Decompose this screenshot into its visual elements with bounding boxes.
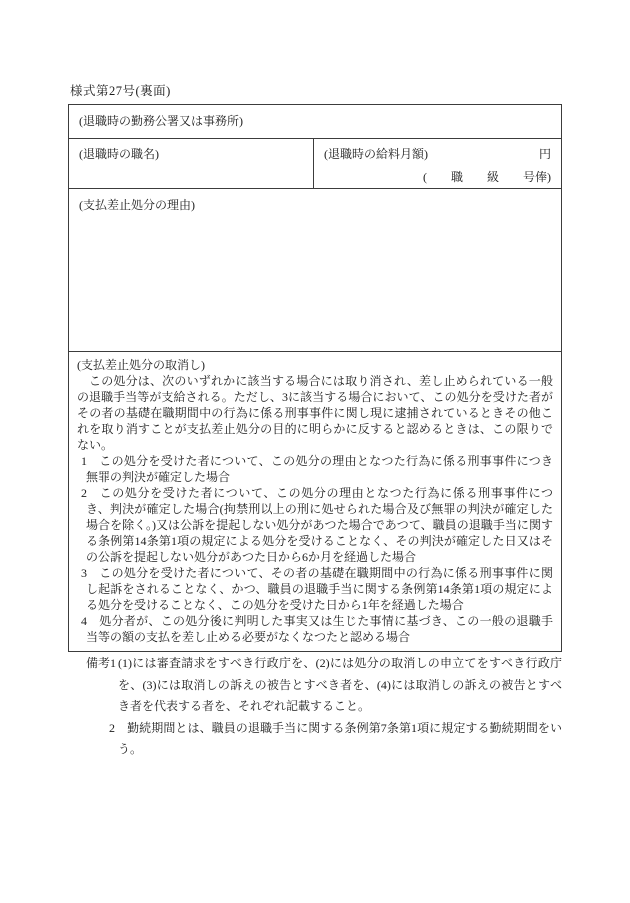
remark-2: 2勤続期間とは、職員の退職手当に関する条例第7条第1項に規定する勤続期間をいう。 xyxy=(86,718,562,761)
item-text: この処分を受けた者について、その者の基礎在職期間中の行為に係る刑事事件に関し起訴… xyxy=(86,566,553,612)
cancellation-item-3: 3この処分を受けた者について、その者の基礎在職期間中の行為に係る刑事事件に関し起… xyxy=(77,565,553,613)
remark-1: 備考1(1)には審査請求をすべき行政庁を、(2)には処分の取消しの申立てをすべき… xyxy=(86,653,562,718)
form-page-back: 様式第27号(裏面) (退職時の勤務公署又は事務所) (退職時の職名) (退職時… xyxy=(0,0,630,903)
suspension-reason-label: (支払差止処分の理由) xyxy=(79,198,195,212)
cell-cancellation: (支払差止処分の取消し) この処分は、次のいずれかに該当する場合には取り消され、… xyxy=(69,352,561,651)
workplace-label: (退職時の勤務公署又は事務所) xyxy=(79,114,243,128)
salary-unit-yen: 円 xyxy=(539,146,551,162)
cell-workplace: (退職時の勤務公署又は事務所) xyxy=(69,105,561,139)
cancellation-item-1: 1この処分を受けた者について、この処分の理由となつた行為に係る刑事事件につき無罪… xyxy=(77,453,553,485)
remarks-section: 備考1(1)には審査請求をすべき行政庁を、(2)には処分の取消しの申立てをすべき… xyxy=(86,653,562,761)
cell-suspension-reason: (支払差止処分の理由) xyxy=(69,189,561,352)
item-text: この処分を受けた者について、この処分の理由となつた行為に係る刑事事件につき、判決… xyxy=(86,486,553,564)
form-table: (退職時の勤務公署又は事務所) (退職時の職名) (退職時の給料月額) 円 ( … xyxy=(68,104,562,652)
cell-job-title: (退職時の職名) xyxy=(69,139,314,188)
item-number: 4 xyxy=(81,614,87,628)
cancellation-item-2: 2この処分を受けた者について、この処分の理由となつた行為に係る刑事事件につき、判… xyxy=(77,485,553,565)
grade-step-line: ( 職 級 号俸) xyxy=(324,169,551,185)
item-number: 2 xyxy=(81,486,87,500)
cell-monthly-salary: (退職時の給料月額) 円 ( 職 級 号俸) xyxy=(314,139,561,188)
job-title-label: (退職時の職名) xyxy=(79,147,159,161)
form-number-label: 様式第27号(裏面) xyxy=(70,81,171,99)
salary-label: (退職時の給料月額) xyxy=(324,146,428,162)
remark-2-text: 勤続期間とは、職員の退職手当に関する条例第7条第1項に規定する勤続期間をいう。 xyxy=(118,721,562,757)
remark-2-number: 2 xyxy=(109,721,115,735)
cancellation-item-4: 4処分者が、この処分後に判明した事実又は生じた事情に基づき、この一般の退職手当等… xyxy=(77,613,553,645)
remark-1-text: (1)には審査請求をすべき行政庁を、(2)には処分の取消しの申立てをすべき行政庁… xyxy=(118,656,562,713)
item-text: この処分を受けた者について、この処分の理由となつた行為に係る刑事事件につき無罪の… xyxy=(86,454,553,484)
remarks-label: 備考1 xyxy=(86,653,116,675)
cancellation-label: (支払差止処分の取消し) xyxy=(77,357,553,373)
item-text: 処分者が、この処分後に判明した事実又は生じた事情に基づき、この一般の退職手当等の… xyxy=(86,614,553,644)
cancellation-intro-paragraph: この処分は、次のいずれかに該当する場合には取り消され、差し止められている一般の退… xyxy=(77,373,553,453)
item-number: 3 xyxy=(81,566,87,580)
row-job-and-salary: (退職時の職名) (退職時の給料月額) 円 ( 職 級 号俸) xyxy=(69,139,561,189)
item-number: 1 xyxy=(81,454,87,468)
